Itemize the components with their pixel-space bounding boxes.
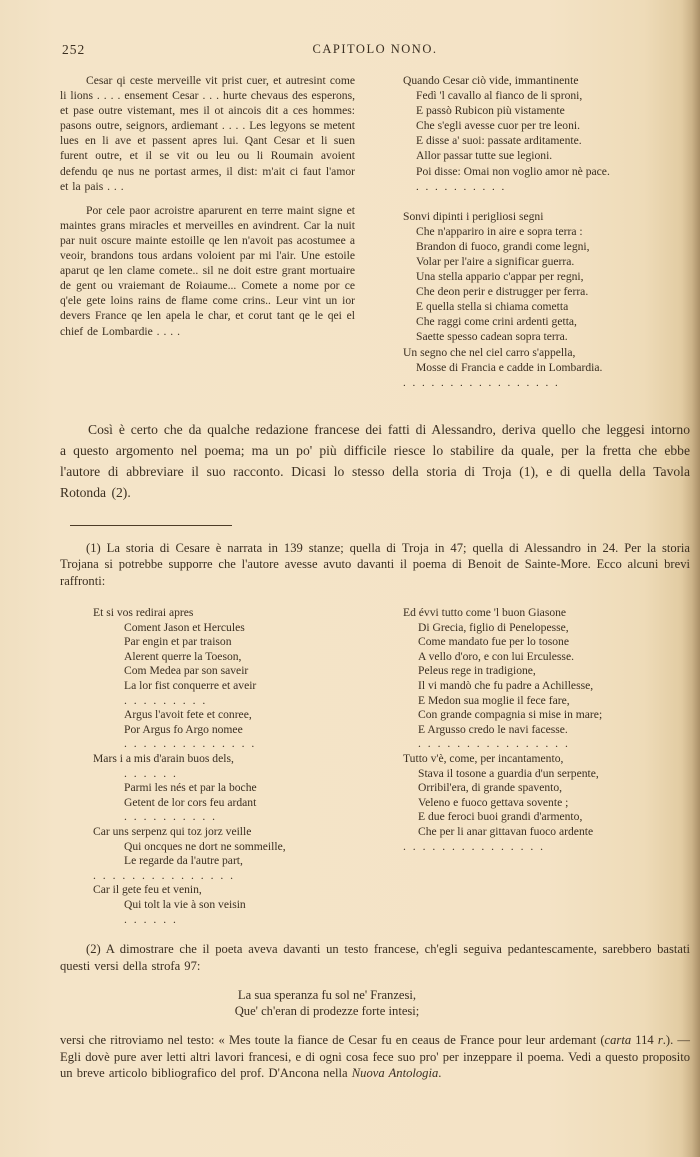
text-segment: versi che ritroviamo nel testo: « Mes to… xyxy=(60,1033,605,1047)
verse-line: Allor passar tutte sue legioni. xyxy=(403,148,690,163)
verse-line: Fedì 'l cavallo al fianco de li sproni, xyxy=(403,88,690,103)
verse-line: Alerent querre la Toeson, xyxy=(93,650,403,665)
page-content: 252 CAPITOLO NONO. Cesar qi ceste mervei… xyxy=(60,42,690,1082)
footnote-2-closing-paragraph: versi che ritroviamo nel testo: « Mes to… xyxy=(60,1032,690,1082)
verse-line: Il vi mandò che fu padre a Achillesse, xyxy=(403,679,690,694)
italic-text-segment: carta xyxy=(605,1033,632,1047)
verse-line: Le regarde da l'autre part, xyxy=(93,854,403,869)
italic-text-segment: Nuova Antologia xyxy=(352,1066,438,1080)
page-header: 252 CAPITOLO NONO. xyxy=(60,42,690,60)
verse-line: Com Medea par son saveir xyxy=(93,664,403,679)
verse-line: E due feroci buoi grandi d'armento, xyxy=(403,810,690,825)
verse-line: E quella stella si chiama cometta xyxy=(403,299,690,314)
ellipsis-row: . . . . . . xyxy=(93,913,403,928)
footnote-1-text: (1) La storia di Cesare è narrata in 139… xyxy=(60,540,690,590)
verse-line: Sonvi dipinti i perigliosi segni xyxy=(403,209,690,224)
text-segment: . xyxy=(438,1066,441,1080)
ellipsis-row: . . . . . . . . . . . . . . . . xyxy=(403,737,690,752)
verse-line: Che s'egli avesse cuor per tre leoni. xyxy=(403,118,690,133)
footnotes-section: (1) La storia di Cesare è narrata in 139… xyxy=(60,540,690,1082)
text-segment: 114 xyxy=(631,1033,658,1047)
ellipsis-row: . . . . . . xyxy=(93,767,403,782)
verse-line: Veleno e fuoco gettava sovente ; xyxy=(403,796,690,811)
verse-stanza: Quando Cesar ciò vide, immantinenteFedì … xyxy=(403,73,690,195)
verse-line: Che deon perir e distrugger per ferra. xyxy=(403,284,690,299)
verse-line: Ed évvi tutto come 'l buon Giasone xyxy=(403,606,690,621)
verse-line: Quando Cesar ciò vide, immantinente xyxy=(403,73,690,88)
verse-line: Saette spesso cadean sopra terra. xyxy=(403,329,690,344)
verse-line: Una stella appario c'appar per regni, xyxy=(403,269,690,284)
verse-line: Par engin et par traison xyxy=(93,635,403,650)
verse-line: Che n'appariro in aire e sopra terra : xyxy=(403,224,690,239)
prose-paragraph: Cesar qi ceste merveille vit prist cuer,… xyxy=(60,73,355,194)
running-header: CAPITOLO NONO. xyxy=(60,42,690,57)
verse-line: E Argusso credo le navi facesse. xyxy=(403,723,690,738)
verse-line: La lor fist conquerre et aveir xyxy=(93,679,403,694)
verse-stanza: Sonvi dipinti i perigliosi segniChe n'ap… xyxy=(403,209,690,391)
verse-line: Qui oncques ne dort ne sommeille, xyxy=(93,840,403,855)
ellipsis-row: . . . . . . . . . xyxy=(93,694,403,709)
verse-line: Con grande compagnia si mise in mare; xyxy=(403,708,690,723)
verse-line: Et si vos redirai apres xyxy=(93,606,403,621)
italian-verse-column: Quando Cesar ciò vide, immantinenteFedì … xyxy=(403,73,690,405)
verse-line: Parmi les nés et par la boche xyxy=(93,781,403,796)
verse-line: Di Grecia, figlio di Penelopesse, xyxy=(403,621,690,636)
verse-line: Orribil'era, di grande spavento, xyxy=(403,781,690,796)
verse-line: Che per li anar gittavan fuoco ardente xyxy=(403,825,690,840)
verse-line: Peleus rege in tradigione, xyxy=(403,664,690,679)
verse-line: Volar per l'aire a significar guerra. xyxy=(403,254,690,269)
french-verse-column: Et si vos redirai apresComent Jason et H… xyxy=(93,606,403,927)
verse-line: Tutto v'è, come, per incantamento, xyxy=(403,752,690,767)
ellipsis-row: . . . . . . . . . . . . . . . xyxy=(93,869,403,884)
ellipsis-row: . . . . . . . . . . . . . . . xyxy=(403,840,690,855)
verse-line: E passò Rubicon più vistamente xyxy=(403,103,690,118)
verse-line: Argus l'avoit fete et conree, xyxy=(93,708,403,723)
verse-line: Poi disse: Omai non voglio amor nè pace. xyxy=(403,164,690,179)
verse-line: Un segno che nel ciel carro s'appella, xyxy=(403,345,690,360)
verse-line: Stava il tosone a guardia d'un serpente, xyxy=(403,767,690,782)
verse-line: E disse a' suoi: passate arditamente. xyxy=(403,133,690,148)
book-page: 252 CAPITOLO NONO. Cesar qi ceste mervei… xyxy=(0,0,700,1157)
verse-line: Por Argus fo Argo nomee xyxy=(93,723,403,738)
verse-line: Car uns serpenz qui toz jorz veille xyxy=(93,825,403,840)
prose-paragraph: Por cele paor acroistre aparurent en ter… xyxy=(60,203,355,339)
verse-line: Qui tolt la vie à son veisin xyxy=(93,898,403,913)
verse-line: Coment Jason et Hercules xyxy=(93,621,403,636)
parallel-text-section: Cesar qi ceste merveille vit prist cuer,… xyxy=(60,73,690,405)
italian-verse-comparison-column: Ed évvi tutto come 'l buon GiasoneDi Gre… xyxy=(403,606,690,927)
couplet-line: La sua speranza fu sol ne' Franzesi, xyxy=(60,987,594,1004)
quoted-couplet: La sua speranza fu sol ne' Franzesi,Que'… xyxy=(60,987,690,1020)
french-prose-column: Cesar qi ceste merveille vit prist cuer,… xyxy=(60,73,355,405)
ellipsis-row: . . . . . . . . . . . . . . . . . xyxy=(403,375,690,391)
verse-comparison-section: Et si vos redirai apresComent Jason et H… xyxy=(60,606,690,927)
verse-line: Mars i a mis d'arain buos dels, xyxy=(93,752,403,767)
verse-line: Brandon di fuoco, grandi come legni, xyxy=(403,239,690,254)
verse-line: E Medon sua moglie il fece fare, xyxy=(403,694,690,709)
footnote-separator-rule xyxy=(70,525,232,526)
verse-line: Che raggi come crini ardenti getta, xyxy=(403,314,690,329)
verse-line: Come mandato fue per lo tosone xyxy=(403,635,690,650)
couplet-line: Que' ch'eran di prodezze forte intesi; xyxy=(60,1003,594,1020)
ellipsis-row: . . . . . . . . . . xyxy=(403,179,690,195)
verse-line: Car il gete feu et venin, xyxy=(93,883,403,898)
footnote-2-text: (2) A dimostrare che il poeta aveva dava… xyxy=(60,941,690,975)
ellipsis-row: . . . . . . . . . . . . . . xyxy=(93,737,403,752)
body-paragraph: Così è certo che da qualche redazione fr… xyxy=(60,419,690,503)
verse-line: A vello d'oro, e con lui Erculesse. xyxy=(403,650,690,665)
verse-line: Getent de lor cors feu ardant xyxy=(93,796,403,811)
verse-line: Mosse di Francia e cadde in Lombardia. xyxy=(403,360,690,375)
ellipsis-row: . . . . . . . . . . xyxy=(93,810,403,825)
